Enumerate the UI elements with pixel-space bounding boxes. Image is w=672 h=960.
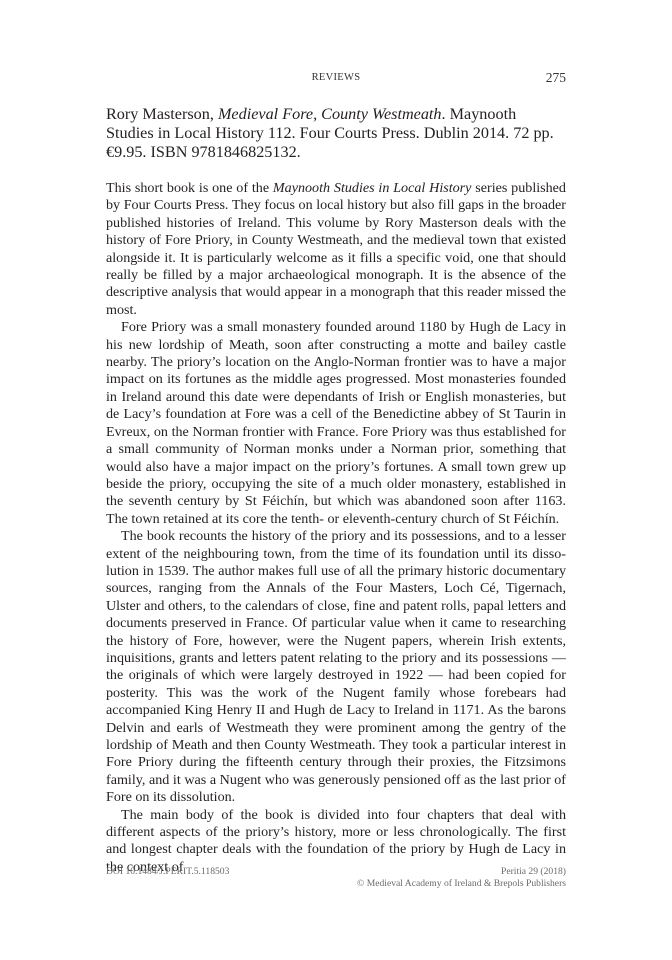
running-head: REVIEWS 275	[106, 72, 566, 88]
paragraph-text: series published by Four Courts Press. T…	[106, 180, 566, 318]
book-title: Medieval Fore, County Westmeath	[218, 105, 442, 123]
journal-info: Peritia 29 (2018)	[501, 866, 566, 878]
paragraph-1: This short book is one of the Maynooth S…	[106, 180, 566, 319]
page-number: 275	[546, 70, 566, 86]
doi-link[interactable]: DOI 10.1484/J.PERIT.5.118503	[106, 866, 229, 878]
series-title: Maynooth Studies in Local History	[273, 180, 472, 196]
paragraph-2: Fore Priory was a small monastery founde…	[106, 319, 566, 528]
copyright-notice: © Medieval Academy of Ireland & Brepols …	[357, 878, 566, 890]
paragraph-3: The book recounts the history of the pri…	[106, 528, 566, 807]
review-citation: Rory Masterson, Medieval Fore, County We…	[106, 105, 566, 162]
review-body: This short book is one of the Maynooth S…	[106, 180, 566, 876]
paragraph-text: This short book is one of the	[106, 180, 273, 196]
running-title: REVIEWS	[106, 72, 566, 83]
citation-author: Rory Masterson,	[106, 105, 218, 123]
